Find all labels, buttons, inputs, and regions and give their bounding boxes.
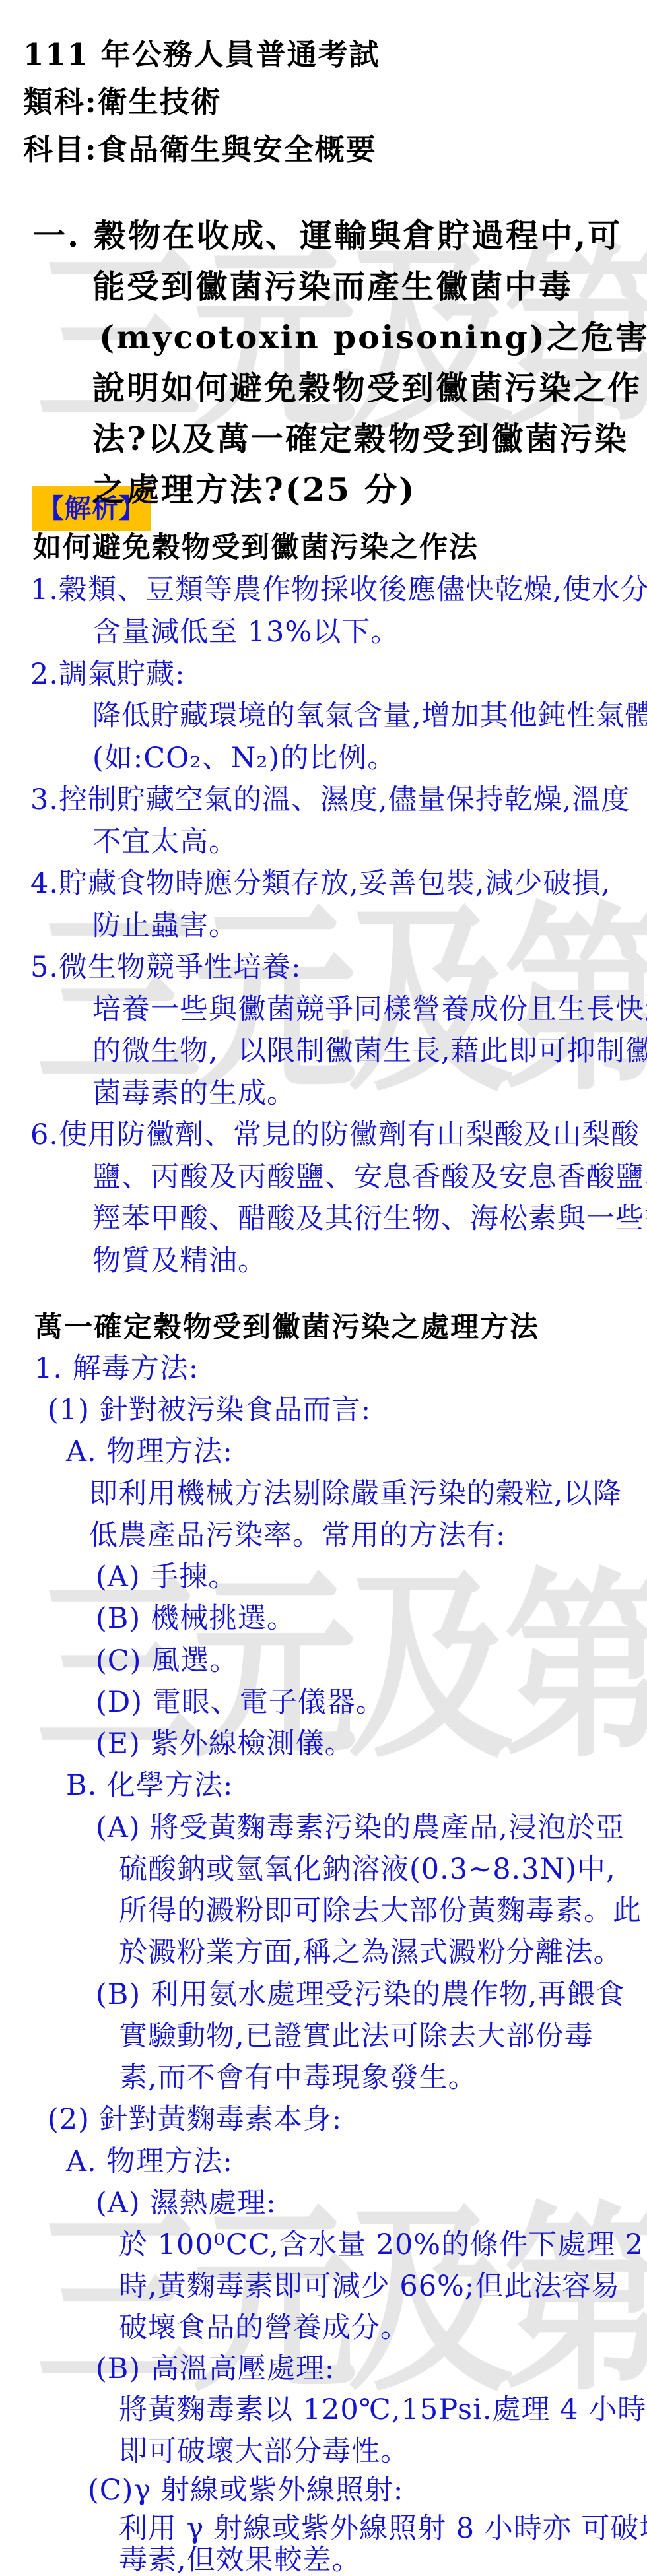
analysis-section1-line: 物質及精油。: [92, 1245, 267, 1277]
analysis-section2-line: (C)γ 射線或紫外線照射:: [88, 2474, 403, 2506]
analysis-section2-line: 即利用機械方法剔除嚴重污染的穀粒,以降: [89, 1478, 622, 1510]
analysis-section1-line: 5.微生物競爭性培養:: [30, 951, 302, 983]
analysis-section2-line: (A) 濕熱處理:: [96, 2187, 277, 2219]
analysis-section2-line: 所得的澱粉即可除去大部份黃麴毒素。此: [119, 1895, 642, 1927]
analysis-section2-line: (B) 機械挑選。: [96, 1603, 296, 1634]
analysis-section1-line: (如:CO₂、N₂)的比例。: [92, 742, 396, 774]
analysis-section1-line: 4.貯藏食物時應分類存放,妥善包裝,減少破損,: [30, 868, 611, 899]
analysis-section2-line: 即可破壞大部分毒性。: [119, 2435, 409, 2467]
header-line: 111 年公務人員普通考試: [23, 38, 380, 71]
analysis-section2-line: 低農產品污染率。常用的方法有:: [89, 1520, 506, 1551]
header-line: 科目:食品衛生與安全概要: [23, 133, 377, 166]
analysis-section2-line: 硫酸鈉或氫氧化鈉溶液(0.3~8.3N)中,: [119, 1853, 616, 1885]
analysis-section1-line: 如何避免穀物受到黴菌污染之作法: [33, 532, 479, 563]
analysis-section2-line: (B) 利用氨水處理受污染的農作物,再餵食: [96, 1979, 625, 2011]
content-layer: 【解析】 111 年公務人員普通考試類科:衛生技術科目:食品衛生與安全概要一. …: [0, 0, 647, 2576]
analysis-section1-line: 3.控制貯藏空氣的溫、濕度,儘量保持乾燥,溫度: [30, 784, 630, 816]
analysis-section2-line: 於澱粉業方面,稱之為濕式澱粉分離法。: [119, 1937, 623, 1968]
analysis-section2-line: 1. 解毒方法:: [34, 1353, 199, 1384]
analysis-section2-line: 素,而不會有中毒現象發生。: [119, 2062, 477, 2094]
analysis-section2-line: 將黃麴毒素以 120℃,15Psi.處理 4 小時,: [119, 2394, 647, 2426]
analysis-section2-line: (B) 高溫高壓處理:: [96, 2353, 335, 2385]
question-line: 說明如何避免穀物受到黴菌污染之作: [92, 370, 642, 406]
analysis-section2-line: 破壞食品的營養成分。: [119, 2312, 409, 2344]
analysis-section2-line: 實驗動物,已證實此法可除去大部份毒: [119, 2020, 594, 2052]
analysis-section1-line: 降低貯藏環境的氧氣含量,增加其他鈍性氣體: [92, 700, 647, 732]
analysis-section1-line: 含量減低至 13%以下。: [92, 616, 399, 648]
analysis-section2-line: (E) 紫外線檢測儀。: [96, 1728, 354, 1760]
analysis-section1-line: 1.穀類、豆類等農作物採收後應儘快乾燥,使水分: [30, 574, 647, 606]
analysis-section1-line: 的微生物, 以限制黴菌生長,藉此即可抑制黴: [92, 1035, 647, 1067]
analysis-section2-line: 利用 γ 射線或紫外線照射 8 小時亦 可破壞: [119, 2513, 647, 2544]
analysis-section2-line: (A) 將受黃麴毒素污染的農產品,浸泡於亞: [96, 1812, 625, 1844]
analysis-section1-line: 6.使用防黴劑、常見的防黴劑有山梨酸及山梨酸: [30, 1119, 640, 1151]
question-line: 之處理方法?(25 分): [92, 472, 416, 508]
analysis-section1-line: 2.調氣貯藏:: [30, 659, 186, 690]
analysis-section2-line: (C) 風選。: [96, 1645, 238, 1677]
analysis-section1-line: 培養一些與黴菌競爭同樣營養成份且生長快速: [92, 994, 647, 1025]
question-line: (mycotoxin poisoning)之危害。請: [99, 319, 647, 356]
question-line: 能受到黴菌污染而產生黴菌中毒: [92, 269, 573, 305]
question-line: 法?以及萬一確定穀物受到黴菌污染: [92, 421, 629, 457]
analysis-section1-line: 菌毒素的生成。: [92, 1078, 296, 1109]
analysis-section2-line: (A) 手揀。: [96, 1561, 237, 1593]
analysis-section2-line: A. 物理方法:: [66, 2146, 233, 2177]
analysis-section2-line: (D) 電眼、電子儀器。: [96, 1687, 385, 1718]
analysis-section1-line: 羥苯甲酸、醋酸及其衍生物、海松素與一些香辛: [92, 1203, 647, 1235]
analysis-section2-line: 時,黃麴毒素即可減少 66%;但此法容易: [119, 2270, 620, 2302]
analysis-section2-line: 毒素,但效果較差。: [119, 2544, 361, 2576]
exam-answer-page: 三元及第三元及第三元及第三元及第 【解析】 111 年公務人員普通考試類科:衛生…: [0, 0, 647, 2576]
header-line: 類科:衛生技術: [23, 86, 222, 119]
question-line: 一. 穀物在收成、運輸與倉貯過程中,可: [33, 218, 622, 254]
analysis-section2-line: B. 化學方法:: [66, 1770, 233, 1801]
analysis-section2-line: A. 物理方法:: [66, 1436, 233, 1467]
analysis-section2-line: 於 100⁰CC,含水量 20%的條件下處理 2 小: [119, 2229, 647, 2261]
analysis-section2-line: (2) 針對黃麴毒素本身:: [48, 2104, 342, 2135]
analysis-section2-line: 萬一確定穀物受到黴菌污染之處理方法: [34, 1312, 539, 1343]
analysis-section2-line: (1) 針對被污染食品而言:: [48, 1394, 371, 1426]
analysis-section1-line: 防止蟲害。: [92, 910, 238, 942]
analysis-section1-line: 鹽、丙酸及丙酸鹽、安息香酸及安息香酸鹽、對: [92, 1161, 647, 1193]
analysis-section1-line: 不宜太高。: [92, 826, 238, 858]
